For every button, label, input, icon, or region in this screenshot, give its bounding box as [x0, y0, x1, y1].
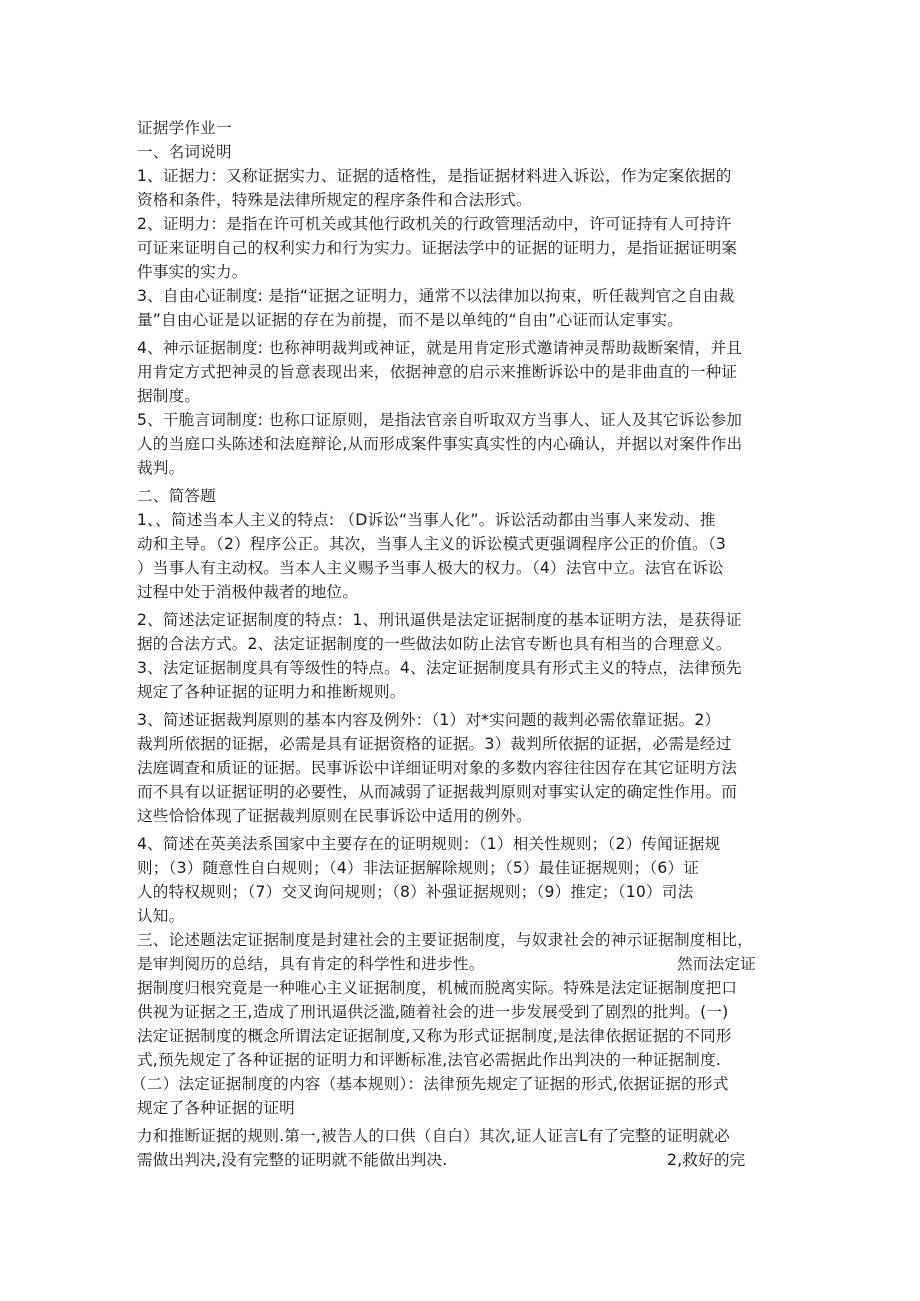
text-line: （二）法定证据制度的内容（基本规则）：法律预先规定了证据的形式,依据证据的形式	[131, 1072, 729, 1096]
text-line: 则；（3）随意性自白规则；（4）非法证据解除规则；（5）最佳证据规则；（6）证	[137, 856, 699, 880]
text-line: 据制度归根究竟是一种唯心主义证据制度，机械而脱离实际。特殊是法定证据制度把口	[137, 976, 737, 1000]
text-line: 用肯定方式把神灵的旨意表现出来，依据神意的启示来推断诉讼中的是非曲直的一种证	[137, 360, 737, 384]
text-line: 供视为证据之王,造成了刑讯逼供泛滥,随着社会的进一步发展受到了剧烈的批判。(一)	[137, 1000, 728, 1024]
text-line: 认知。	[137, 904, 184, 928]
text-line: 资格和条件，特殊是法律所规定的程序条件和合法形式。	[137, 188, 532, 212]
text-line: 据制度。	[137, 384, 200, 408]
text-line: 力和推断证据的规则.第一,被告人的口供（自白）其次,证人证言L有了完整的证明就必	[137, 1124, 730, 1148]
document-title: 证据学作业一	[137, 116, 232, 140]
text-line: 式,预先规定了各种证据的证明力和评断标准,法官必需据此作出判决的一种证据制度.	[137, 1048, 721, 1072]
text-line: 3、简述证据裁判原则的基本内容及例外：（1）对*实问题的裁判必需依靠证据。2）	[137, 708, 720, 732]
text-line: 动和主导。（2）程序公正。其次，当事人主义的诉讼模式更强调程序公正的价值。（3	[137, 532, 726, 556]
text-line: 裁判。	[137, 456, 184, 480]
text-line: 1、证据力：又称证据实力、证据的适格性，是指证据材料进入诉讼，作为定案依据的	[137, 164, 732, 188]
text-line: 三、论述题法定证据制度是封建社会的主要证据制度，与奴隶社会的神示证据制度相比，	[137, 928, 753, 952]
text-line: 法定证据制度的概念所谓法定证据制度,又称为形式证据制度,是法律依据证据的不同形	[137, 1024, 732, 1048]
text-line: 5、干脆言词制度: 也称口证原则，是指法官亲自听取双方当事人、证人及其它诉讼参加	[137, 408, 742, 432]
text-line: 过程中处于消极仲裁者的地位。	[137, 580, 358, 604]
text-line: 件事实的实力。	[137, 260, 248, 284]
text-line: 2、简述法定证据制度的特点：1、刑讯逼供是法定证据制度的基本证明方法，是获得证	[137, 608, 742, 632]
text-line: 这些恰恰体现了证据裁判原则在民事诉讼中适用的例外。	[137, 804, 532, 828]
text-line: 3、法定证据制度具有等级性的特点。4、法定证据制度具有形式主义的特点，法律预先	[137, 656, 742, 680]
text-line: 4、神示证据制度: 也称神明裁判或神证，就是用肯定形式邀请神灵帮助裁断案情，并且	[137, 336, 742, 360]
text-line: 人的当庭口头陈述和法庭辩论,从而形成案件事实真实性的内心确认，并据以对案件作出	[137, 432, 742, 456]
text-line: 量”自由心证是以证据的存在为前提，而不是以单纯的“自由”心证而认定事实。	[137, 308, 683, 332]
text-line: 裁判所依据的证据，必需是具有证据资格的证据。3）裁判所依据的证据，必需是经过	[137, 732, 732, 756]
text-line: 2、证明力：是指在许可机关或其他行政机关的行政管理活动中，许可证持有人可持许	[137, 212, 732, 236]
text-line: 二、简答题	[137, 484, 216, 508]
text-line: 法庭调查和质证的证据。民事诉讼中详细证明对象的多数内容往往因存在其它证明方法	[137, 756, 737, 780]
text-line: 而不具有以证据证明的必要性，从而减弱了证据裁判原则对事实认定的确定性作用。而	[137, 780, 737, 804]
text-line: 据的合法方式。2、法定证据制度的一些做法如防止法官专断也具有相当的合理意义。	[137, 632, 732, 656]
text-line: 规定了各种证据的证明力和推断规则。	[137, 680, 406, 704]
text-line: 3、自由心证制度: 是指“证据之证明力，通常不以法律加以拘束，听任裁判官之自由裁	[137, 284, 735, 308]
text-line: 1、、简述当本人主义的特点: （D诉讼“当事人化”。诉讼活动都由当事人来发动、推	[137, 508, 716, 532]
text-line: 需做出判决,没有完整的证明就不能做出判决.	[137, 1148, 447, 1172]
document-page: 证据学作业一一、名词说明1、证据力：又称证据实力、证据的适格性，是指证据材料进入…	[0, 0, 920, 1301]
text-line: 人的特权规则；（7）交叉询问规则；（8）补强证据规则；（9）推定；（10）司法	[137, 880, 693, 904]
text-line: 规定了各种证据的证明	[137, 1096, 295, 1120]
text-line: 一、名词说明	[137, 140, 232, 164]
text-line: 2,救好的完	[667, 1148, 745, 1172]
text-line: 是审判阅历的总结，具有肯定的科学性和进步性。	[137, 952, 484, 976]
text-line: ）当事人有主动权。当本人主义赐予当事人极大的权力。（4）法官中立。法官在诉讼	[137, 556, 724, 580]
text-line: 4、简述在英美法系国家中主要存在的证明规则：（1）相关性规则；（2）传闻证据规	[137, 832, 720, 856]
text-line: 可证来证明自己的权利实力和行为实力。证据法学中的证据的证明力，是指证据证明案	[137, 236, 737, 260]
text-line: 然而法定证	[677, 952, 756, 976]
